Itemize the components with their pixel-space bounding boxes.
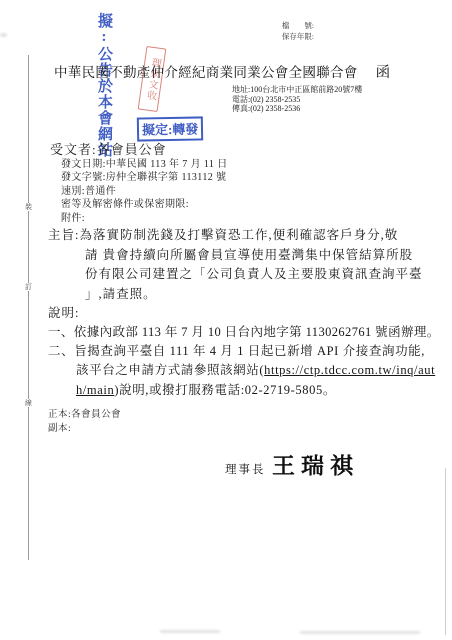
dispatch-security: 密等及解密條件或保密期限: — [61, 198, 228, 211]
original-copy-line: 正本:各會員公會 — [48, 409, 121, 423]
document-type: 函 — [376, 65, 391, 81]
explanation-item-1: 一、依據內政部 113 年 7 月 10 日台內地字第 1130262761 號… — [48, 322, 440, 340]
signer-name: 王瑞祺 — [272, 448, 359, 480]
file-number-label: 檔 號: — [282, 20, 314, 31]
platform-url-part-1: https://ctp.tdcc.com.tw/inq/aut — [264, 363, 435, 377]
explanation-heading: 說明: — [48, 303, 79, 321]
platform-url-part-2: h/main — [76, 383, 114, 397]
service-phone-text: )說明,或撥打服務電話:02-2719-5805。 — [114, 383, 336, 397]
subject-line-4: 」,請查照。 — [85, 284, 157, 302]
platform-apply-text: 該平台之申請方式請參照該網站( — [76, 363, 264, 377]
recipient-value: 各會員公會 — [97, 142, 167, 157]
dispatch-speed: 速別:普通件 — [61, 185, 228, 198]
dispatch-attachment: 附件: — [61, 212, 228, 225]
blue-action-stamp: 擬定:轉發 — [137, 116, 204, 141]
binding-char-xian: 線 — [23, 399, 34, 407]
subject-line-1: 主旨:為落實防制洗錢及打擊資恐工作,便利確認客戶身分,敬 — [48, 225, 398, 243]
sender-contact-block: 地址:100台北市中正區館前路20號7樓 電話:(02) 2358-2535 傳… — [232, 85, 362, 114]
issuer-name: 中華民國不動產仲介經紀商業同業公會全國聯合會 — [54, 65, 358, 80]
scan-smudge-left — [0, 33, 7, 37]
scanned-official-letter: { "header": { "file_no_label": "檔 號:", "… — [0, 0, 452, 640]
explanation-item-2-line-3: h/main)說明,或撥打服務電話:02-2719-5805。 — [76, 380, 336, 398]
copies-block: 正本:各會員公會 副本: — [48, 409, 121, 436]
scan-smudge-bottom-2 — [300, 631, 420, 634]
binding-char-zhuang: 裝 — [23, 203, 34, 211]
scan-edge-right — [445, 468, 446, 635]
scan-smudge-bottom-1 — [160, 630, 220, 633]
retention-period-label: 保存年限: — [282, 31, 314, 42]
archive-labels: 檔 號: 保存年限: — [282, 20, 314, 42]
dispatch-date: 發文日期:中華民國 113 年 7 月 11 日 — [61, 158, 228, 171]
explanation-item-2-line-2: 該平台之申請方式請參照該網站(https://ctp.tdcc.com.tw/i… — [76, 360, 435, 378]
signer-title: 理事長 — [225, 461, 266, 477]
recipient-line: 受文者:各會員公會 — [50, 139, 167, 158]
sender-address: 地址:100台北市中正區館前路20號7樓 — [232, 85, 362, 95]
document-title-row: 中華民國不動產仲介經紀商業同業公會全國聯合會函 — [54, 61, 414, 82]
cc-copy-line: 副本: — [48, 423, 121, 437]
recipient-label: 受文者: — [50, 142, 97, 157]
sender-fax: 傳真:(02) 2358-2536 — [232, 104, 362, 114]
subject-line-2: 請 貴會持續向所屬會員宣導使用臺灣集中保管結算所股 — [85, 245, 413, 263]
handwritten-blue-note: 擬:公告於本會網站 — [96, 13, 111, 159]
subject-line-3: 份有限公司建置之「公司負責人及主要股東資訊查詢平臺 — [85, 264, 423, 282]
explanation-item-2-line-1: 二、旨揭查詢平臺自 111 年 4 月 1 日起已新增 API 介接查詢功能, — [48, 341, 425, 359]
sender-phone: 電話:(02) 2358-2535 — [232, 95, 362, 105]
dispatch-number: 發文字號:房仲全聯祺字第 113112 號 — [61, 171, 228, 184]
binding-margin-line — [28, 55, 29, 560]
binding-char-ding: 訂 — [23, 283, 34, 291]
dispatch-meta-block: 發文日期:中華民國 113 年 7 月 11 日 發文字號:房仲全聯祺字第 11… — [61, 158, 228, 225]
